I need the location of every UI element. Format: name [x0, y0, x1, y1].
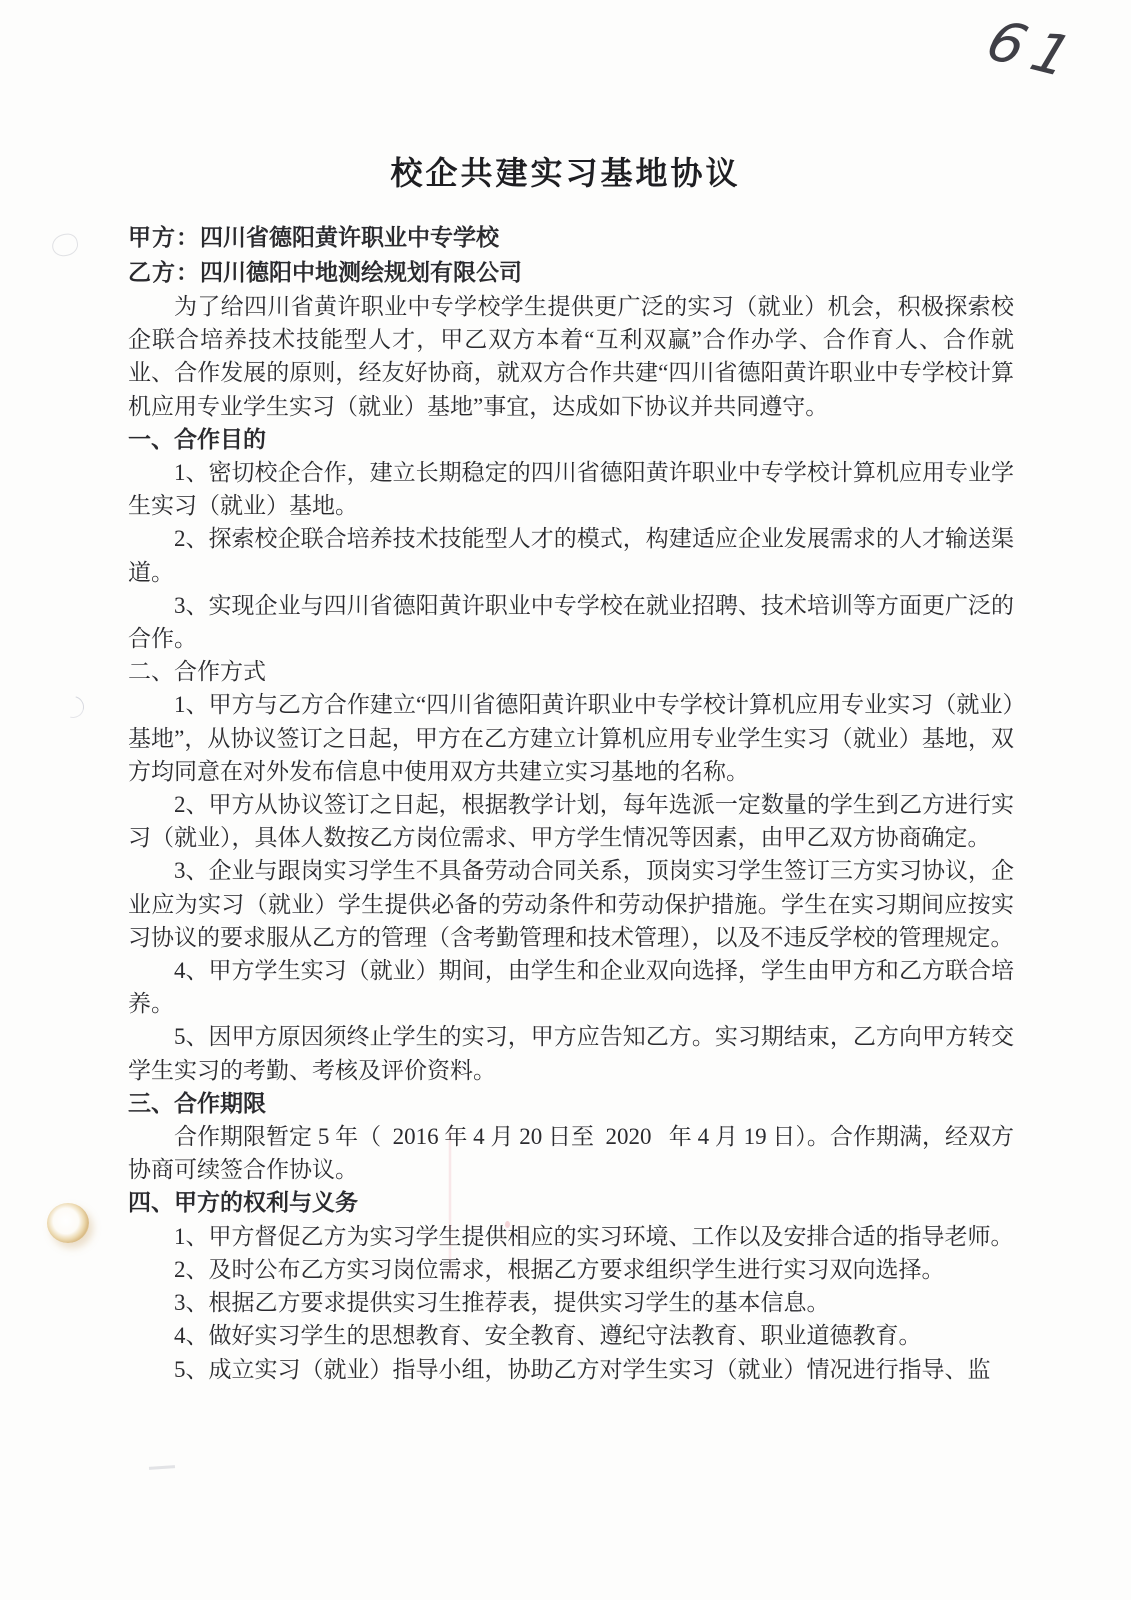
- section-item: 3、根据乙方要求提供实习生推荐表，提供实习学生的基本信息。: [128, 1286, 1014, 1319]
- party-b-line: 乙方：四川德阳中地测绘规划有限公司: [128, 255, 1014, 290]
- section-heading: 二、合作方式: [128, 655, 1014, 688]
- document-title: 校企共建实习基地协议: [0, 148, 1131, 194]
- gray-smudge: [149, 1465, 175, 1470]
- section-item-term-dates: 合作期限暂定 5 年（ 2016 年 4 月 20 日至 2020 年 4 月 …: [128, 1120, 1014, 1186]
- section-cooperation-purpose: 一、合作目的 1、密切校企合作，建立长期稳定的四川省德阳黄许职业中专学校计算机应…: [128, 423, 1014, 655]
- section-heading: 四、甲方的权利与义务: [128, 1186, 1014, 1219]
- section-item: 3、企业与跟岗实习学生不具备劳动合同关系，顶岗实习学生签订三方实习协议，企业应为…: [128, 854, 1014, 954]
- party-b-name: 四川德阳中地测绘规划有限公司: [200, 260, 522, 285]
- party-b-label: 乙方：: [128, 260, 200, 285]
- party-a-label: 甲方：: [128, 225, 200, 250]
- section-cooperation-method: 二、合作方式 1、甲方与乙方合作建立“四川省德阳黄许职业中专学校计算机应用专业实…: [128, 655, 1014, 1087]
- handwritten-page-number: 61: [978, 9, 1089, 92]
- faint-ring-artifact: [50, 232, 80, 259]
- section-item: 2、探索校企联合培养技术技能型人才的模式，构建适应企业发展需求的人才输送渠道。: [128, 522, 1014, 588]
- document-body: 甲方：四川省德阳黄许职业中专学校 乙方：四川德阳中地测绘规划有限公司 为了给四川…: [128, 220, 1014, 1386]
- section-item: 3、实现企业与四川省德阳黄许职业中专学校在就业招聘、技术培训等方面更广泛的合作。: [128, 589, 1014, 655]
- punch-hole-stain: [47, 1203, 89, 1243]
- section-heading: 一、合作目的: [128, 423, 1014, 456]
- intro-paragraph: 为了给四川省黄许职业中专学校学生提供更广泛的实习（就业）机会，积极探索校企联合培…: [128, 290, 1014, 423]
- section-item: 1、密切校企合作，建立长期稳定的四川省德阳黄许职业中专学校计算机应用专业学生实习…: [128, 456, 1014, 522]
- section-item: 4、甲方学生实习（就业）期间，由学生和企业双向选择，学生由甲方和乙方联合培养。: [128, 954, 1014, 1020]
- section-heading: 三、合作期限: [128, 1087, 1014, 1120]
- section-item: 2、甲方从协议签订之日起，根据教学计划，每年选派一定数量的学生到乙方进行实习（就…: [128, 788, 1014, 854]
- faint-arc-artifact: [58, 692, 88, 722]
- section-item: 1、甲方督促乙方为实习学生提供相应的实习环境、工作以及安排合适的指导老师。: [128, 1220, 1014, 1253]
- party-a-name: 四川省德阳黄许职业中专学校: [200, 225, 499, 250]
- section-item: 5、成立实习（就业）指导小组，协助乙方对学生实习（就业）情况进行指导、监: [128, 1353, 1014, 1386]
- section-item: 2、及时公布乙方实习岗位需求，根据乙方要求组织学生进行实习双向选择。: [128, 1253, 1014, 1286]
- section-cooperation-term: 三、合作期限 合作期限暂定 5 年（ 2016 年 4 月 20 日至 2020…: [128, 1087, 1014, 1187]
- section-item: 1、甲方与乙方合作建立“四川省德阳黄许职业中专学校计算机应用专业实习（就业）基地…: [128, 688, 1014, 788]
- section-item: 4、做好实习学生的思想教育、安全教育、遵纪守法教育、职业道德教育。: [128, 1319, 1014, 1352]
- section-party-a-rights-obligations: 四、甲方的权利与义务 1、甲方督促乙方为实习学生提供相应的实习环境、工作以及安排…: [128, 1186, 1014, 1385]
- section-item: 5、因甲方原因须终止学生的实习，甲方应告知乙方。实习期结束，乙方向甲方转交学生实…: [128, 1020, 1014, 1086]
- scanned-page: 61 校企共建实习基地协议 甲方：四川省德阳黄许职业中专学校 乙方：四川德阳中地…: [0, 0, 1131, 1600]
- party-a-line: 甲方：四川省德阳黄许职业中专学校: [128, 220, 1014, 255]
